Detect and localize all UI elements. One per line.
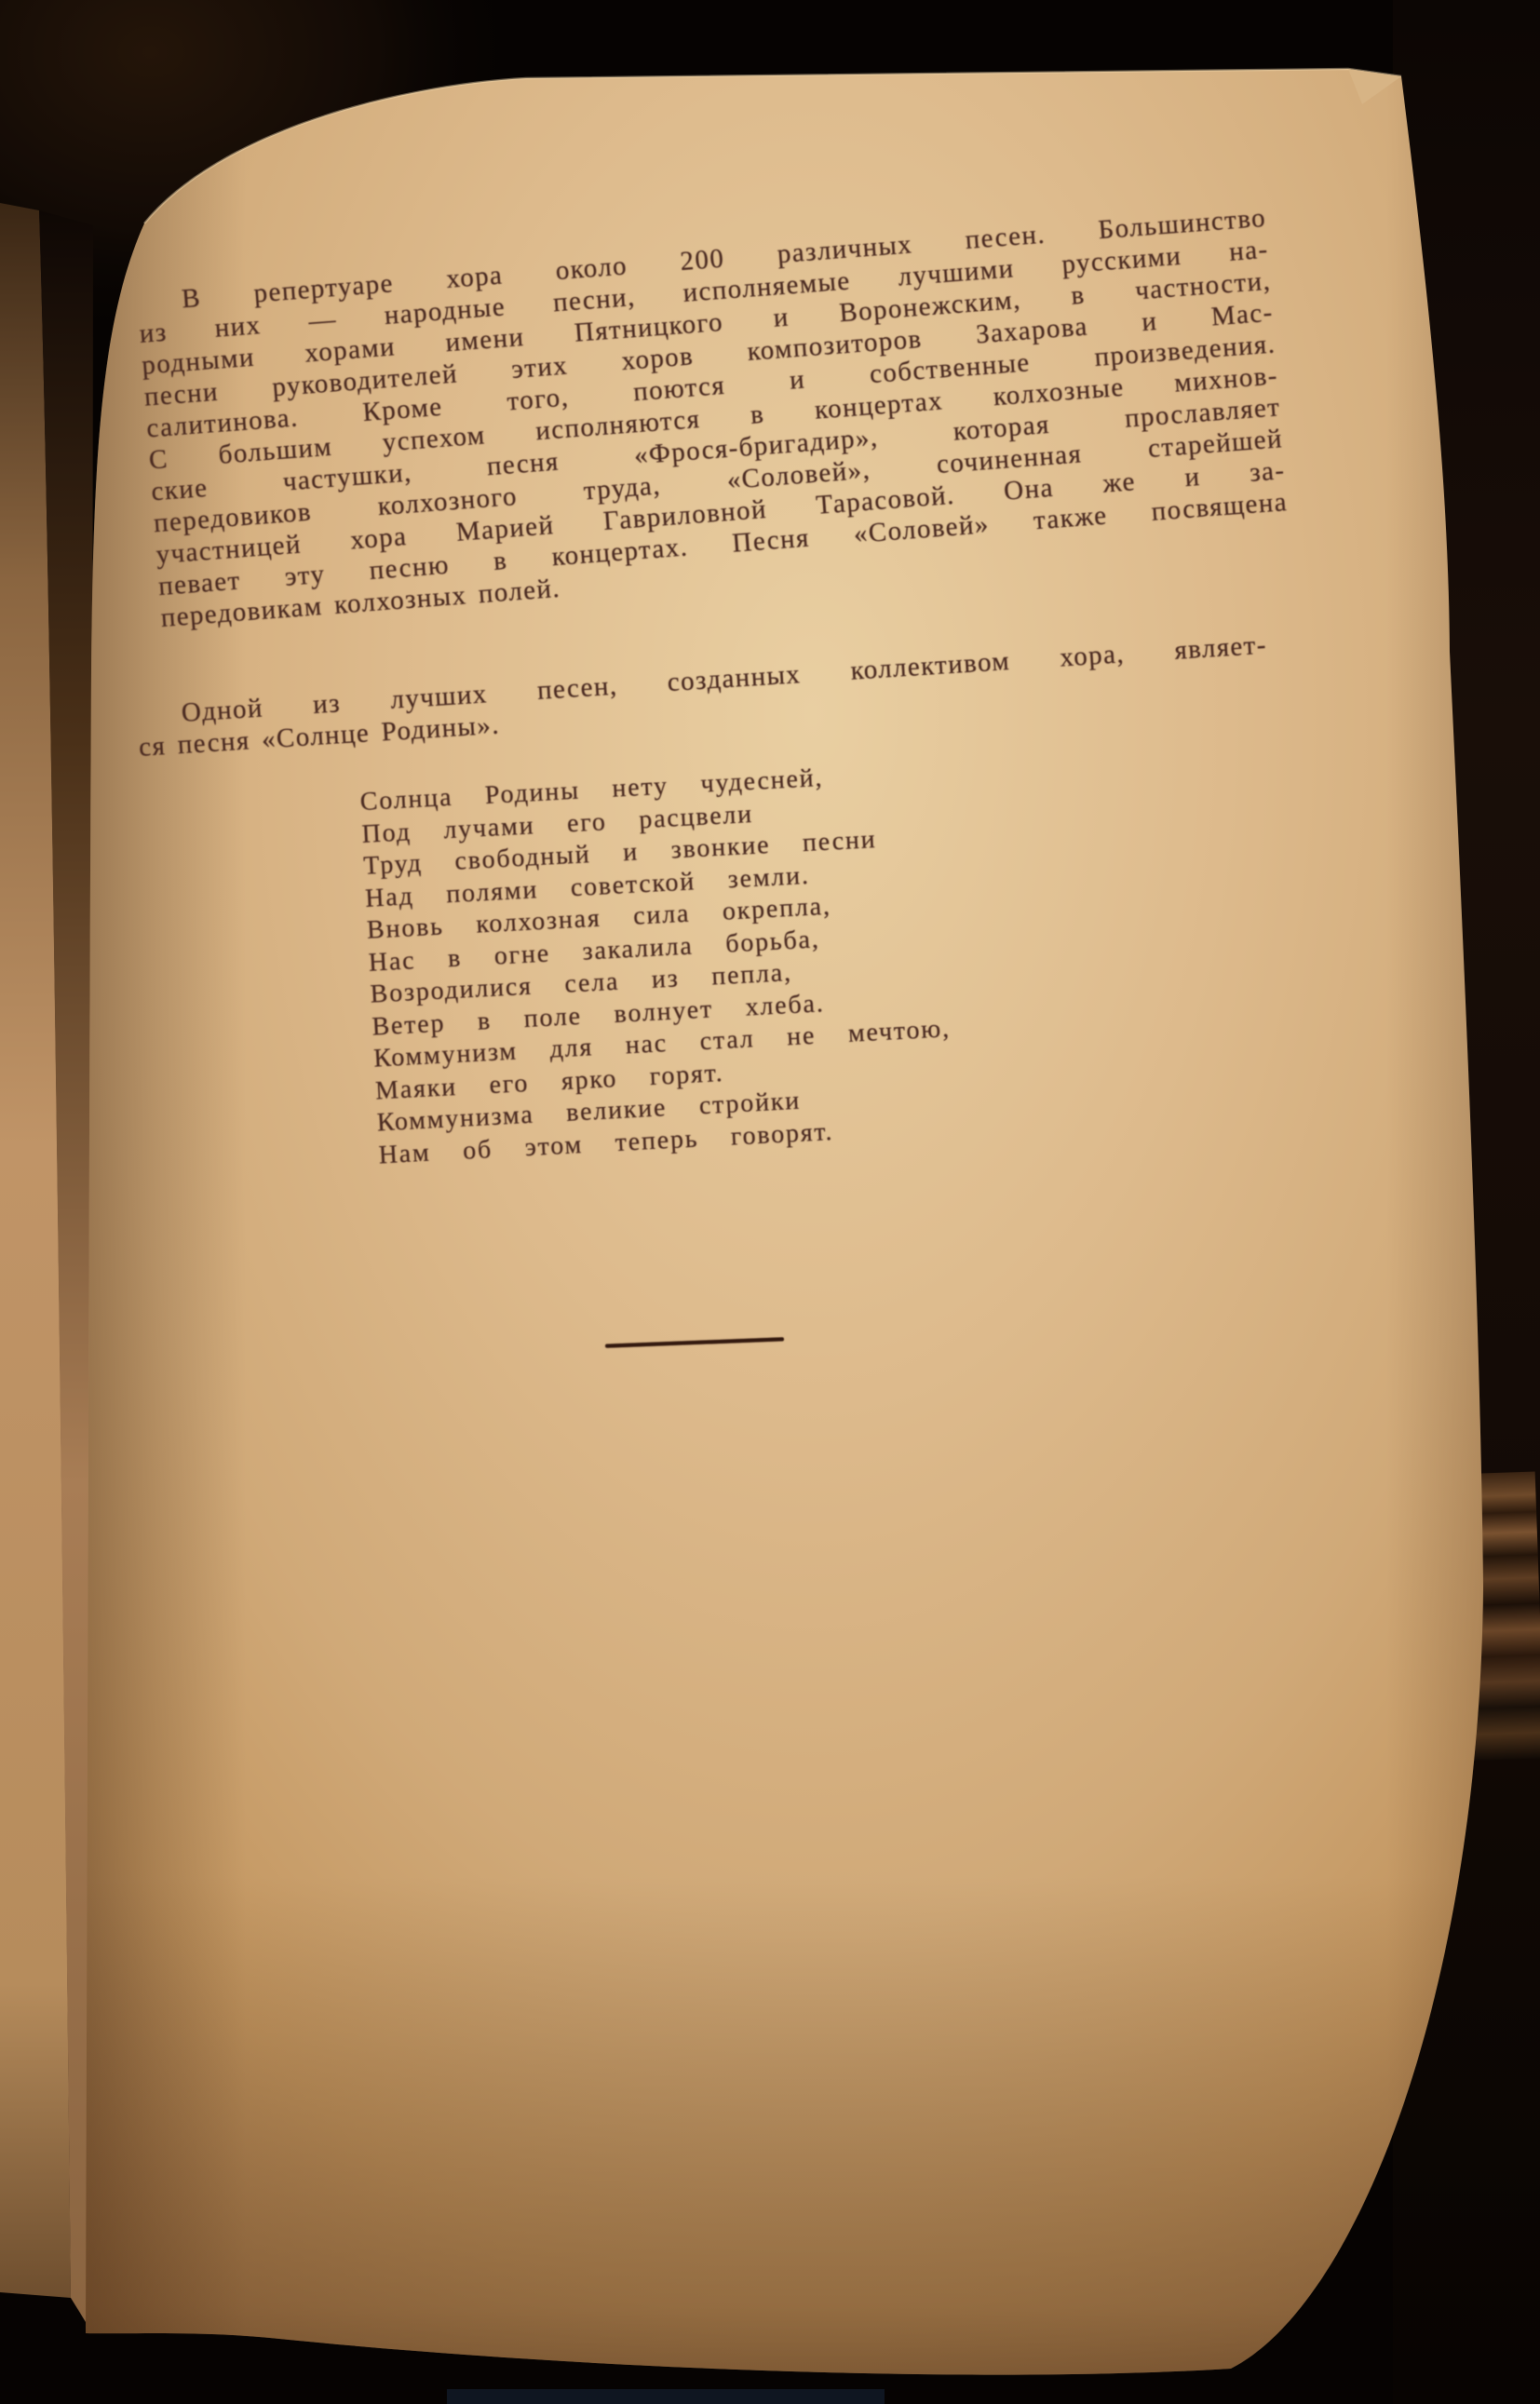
section-divider-rule (605, 1337, 784, 1347)
paragraph-choir-repertoire: В репертуаре хора около 200 различных пе… (136, 202, 1291, 634)
book-photo: В репертуаре хора около 200 различных пе… (0, 0, 1540, 2404)
poem-solnce-rodiny: Солнца Родины нету чудесней,Под лучами е… (359, 748, 1124, 1171)
page-text: В репертуаре хора около 200 различных пе… (0, 0, 1540, 2404)
paragraph-best-song: Одной из лучших песен, созданных коллект… (136, 629, 1270, 763)
